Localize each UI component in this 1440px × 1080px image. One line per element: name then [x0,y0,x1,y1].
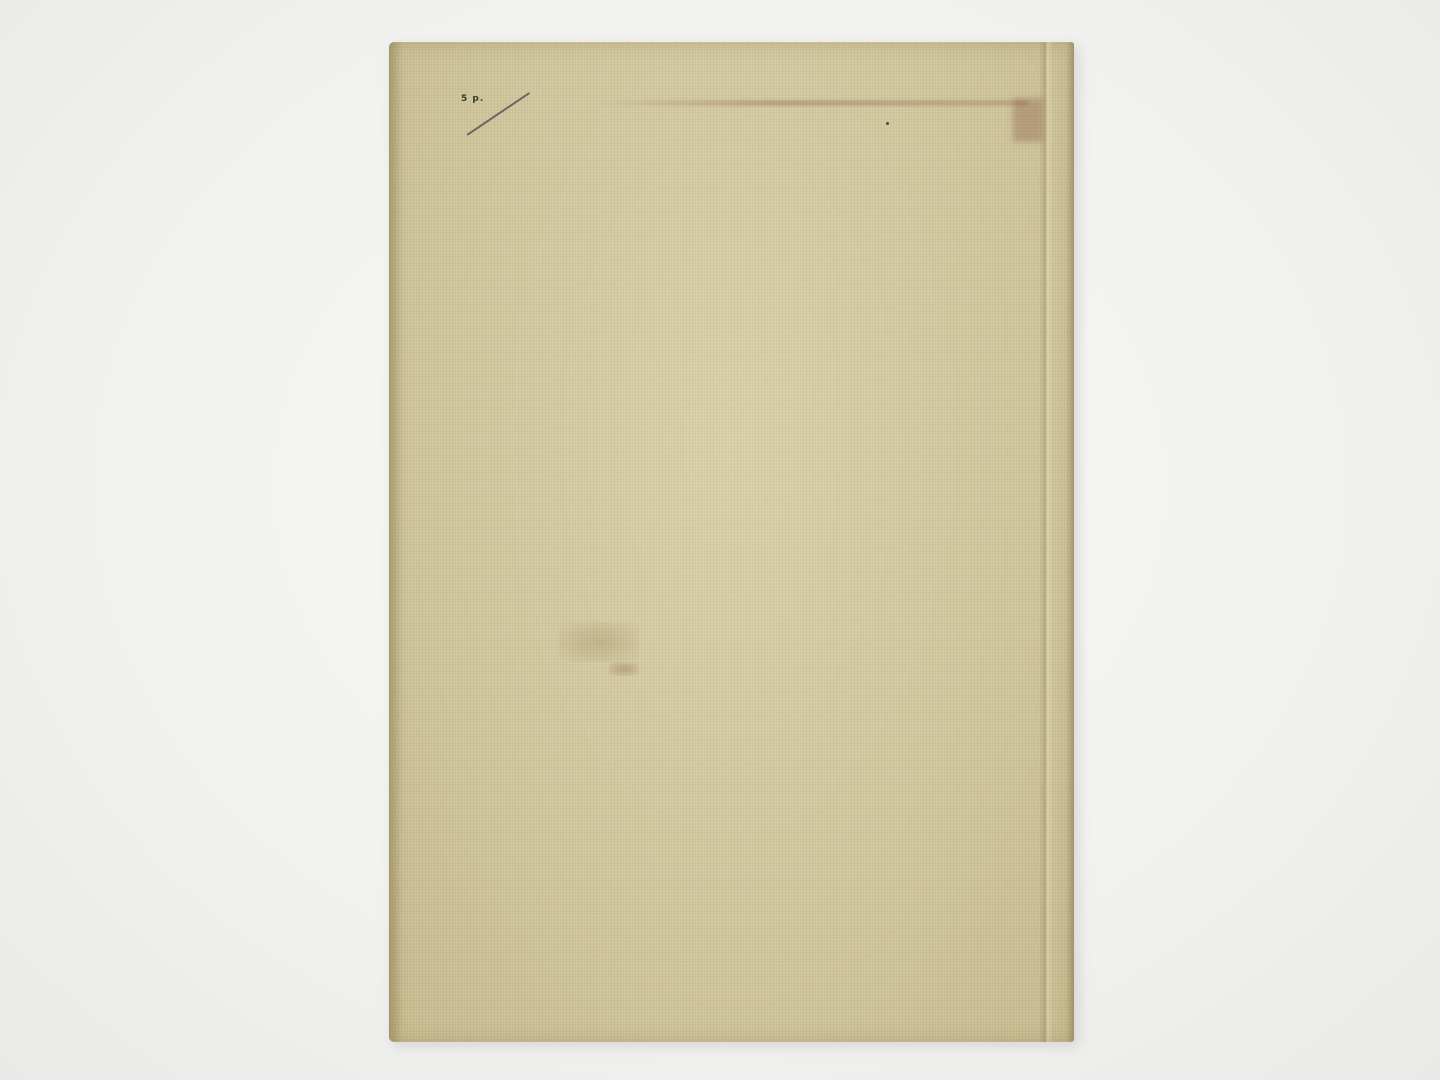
middle-stain [559,622,639,662]
handwritten-note: 5 p. [461,94,484,104]
spine-hinge [1039,42,1053,1042]
book-back-cover: 5 p. [389,42,1074,1042]
ink-speck [886,122,889,125]
top-stain [599,100,1029,106]
spine-edge [1066,42,1074,1042]
middle-stain-spot [609,662,639,676]
corner-stain [1013,98,1043,142]
cover-left-edge [389,42,403,1042]
